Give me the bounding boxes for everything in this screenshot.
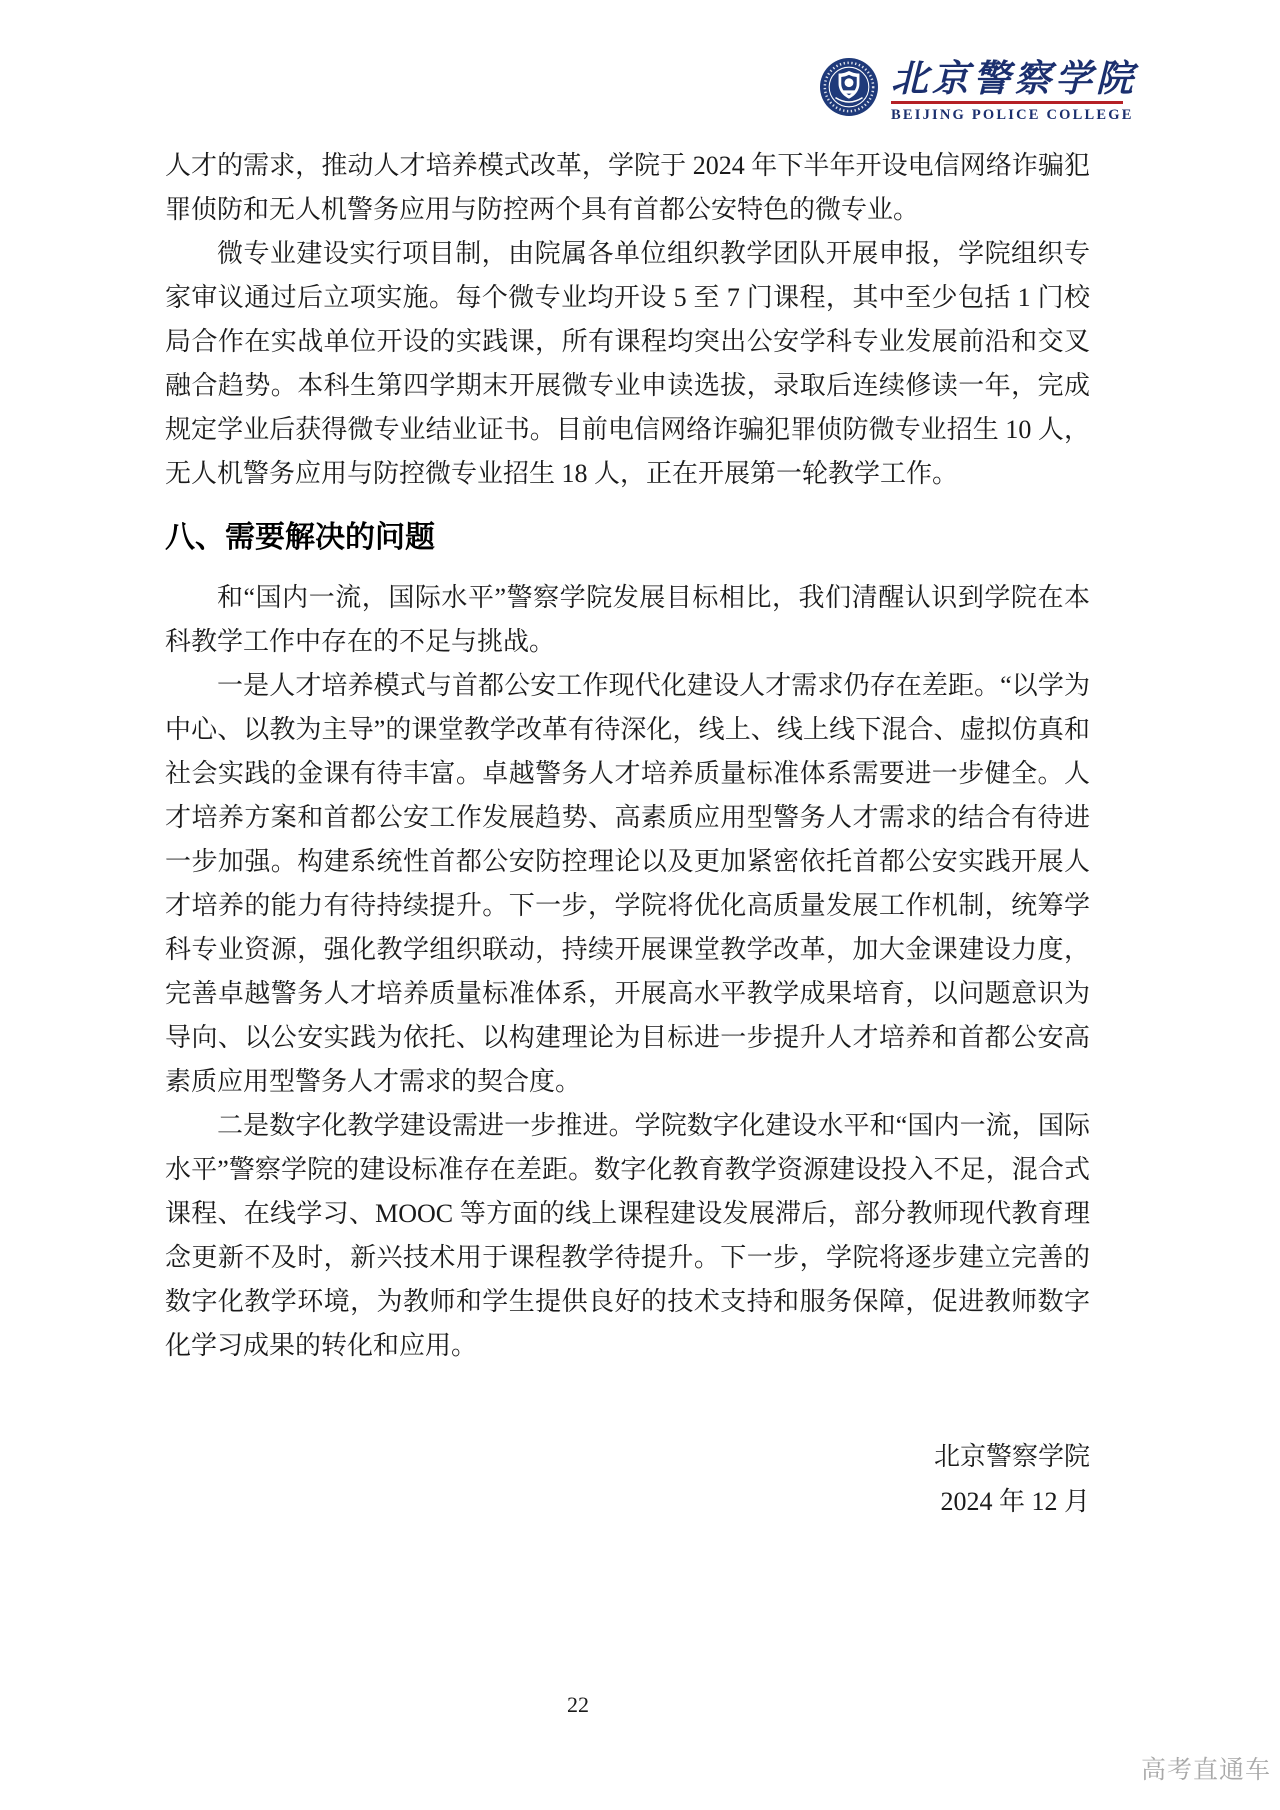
body-paragraph: 二是数字化教学建设需进一步推进。学院数字化建设水平和“国内一流，国际水平”警察学… [165, 1104, 1090, 1368]
body-paragraph: 微专业建设实行项目制，由院属各单位组织教学团队开展申报，学院组织专家审议通过后立… [165, 232, 1090, 496]
paragraph-group-before-heading: 微专业建设实行项目制，由院属各单位组织教学团队开展申报，学院组织专家审议通过后立… [165, 232, 1090, 496]
college-name-zh: 北京警察学院 [891, 58, 1137, 98]
page-number: 22 [567, 1692, 589, 1718]
body-paragraph: 和“国内一流，国际水平”警察学院发展目标相比，我们清醒认识到学院在本科教学工作中… [165, 576, 1090, 664]
signature-block: 北京警察学院 2024 年 12 月 [165, 1434, 1090, 1524]
section-heading: 八、需要解决的问题 [165, 516, 1090, 560]
signature-date: 2024 年 12 月 [165, 1479, 1090, 1524]
document-body: 人才的需求，推动人才培养模式改革，学院于 2024 年下半年开设电信网络诈骗犯罪… [165, 144, 1090, 1524]
body-paragraph: 一是人才培养模式与首都公安工作现代化建设人才需求仍存在差距。“以学为中心、以教为… [165, 664, 1090, 1104]
paragraph-group-after-heading: 和“国内一流，国际水平”警察学院发展目标相比，我们清醒认识到学院在本科教学工作中… [165, 576, 1090, 1368]
college-logo-text: 北京警察学院 BEIJING POLICE COLLEGE [891, 58, 1137, 124]
logo-divider [891, 101, 1123, 104]
signature-name: 北京警察学院 [165, 1434, 1090, 1479]
document-page: 北京警察学院 BEIJING POLICE COLLEGE 人才的需求，推动人才… [0, 0, 1280, 1810]
continuation-paragraph: 人才的需求，推动人才培养模式改革，学院于 2024 年下半年开设电信网络诈骗犯罪… [165, 144, 1090, 232]
college-logo: 北京警察学院 BEIJING POLICE COLLEGE [820, 58, 1137, 124]
watermark: 高考直通车 [1141, 1750, 1271, 1786]
college-emblem-icon [820, 58, 878, 116]
college-name-en: BEIJING POLICE COLLEGE [891, 107, 1137, 124]
